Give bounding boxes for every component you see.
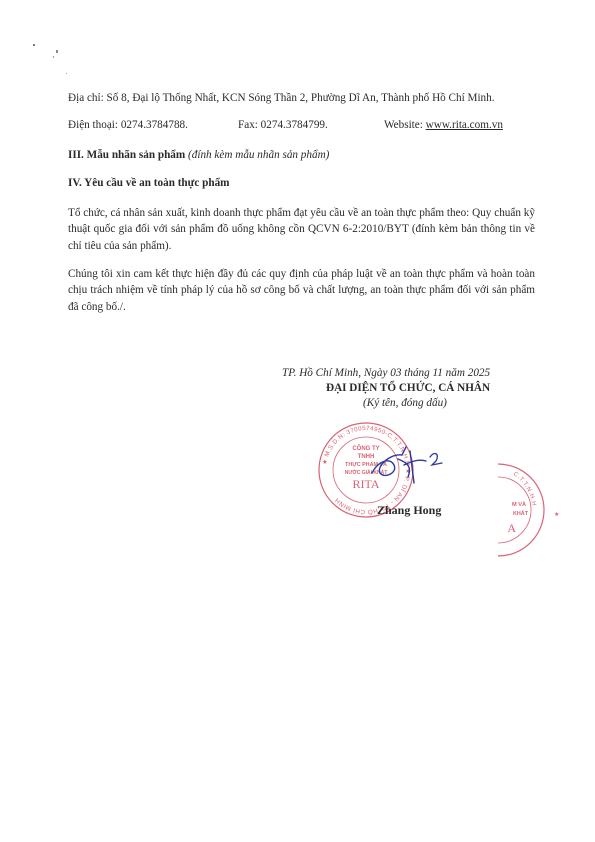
website-line: Website: www.rita.com.vn bbox=[384, 119, 503, 131]
partial-stamp-icon: C.T.T.N.H.H M VÀ KHÁT A ★ bbox=[488, 460, 568, 560]
section-3-note: (đính kèm mẫu nhãn sản phẩm) bbox=[188, 149, 329, 161]
place-date: TP. Hồ Chí Minh, Ngày 03 tháng 11 năm 20… bbox=[282, 367, 490, 379]
section-3-title: III. Mẫu nhãn sản phẩm bbox=[68, 149, 185, 161]
website-label: Website: bbox=[384, 119, 426, 131]
partial-stamp-line-5: A bbox=[507, 521, 516, 535]
sign-note: (Ký tên, đóng dấu) bbox=[363, 397, 447, 409]
commitment-paragraph: Chúng tôi xin cam kết thực hiện đầy đủ c… bbox=[68, 266, 535, 315]
signer-name: Zhang Hong bbox=[377, 503, 441, 518]
representative-title: ĐẠI DIỆN TỔ CHỨC, CÁ NHÂN bbox=[326, 382, 490, 394]
address-line: Địa chỉ: Số 8, Đại lộ Thống Nhất, KCN Só… bbox=[68, 92, 495, 104]
section-4-body: Tổ chức, cá nhân sản xuất, kinh doanh th… bbox=[68, 205, 535, 254]
phone-line: Điện thoại: 0274.3784788. bbox=[68, 119, 188, 131]
website-link[interactable]: www.rita.com.vn bbox=[426, 119, 503, 131]
section-4-title: IV. Yêu cầu về an toàn thực phẩm bbox=[68, 177, 230, 189]
section-3-heading: III. Mẫu nhãn sản phẩm (đính kèm mẫu nhã… bbox=[68, 149, 329, 161]
stamp-star-icon: ★ bbox=[554, 511, 559, 518]
signature-scribble-icon bbox=[368, 443, 458, 493]
partial-stamp-line-4: KHÁT bbox=[513, 510, 529, 517]
fax-line: Fax: 0274.3784799. bbox=[238, 119, 328, 131]
partial-stamp-line-3: M VÀ bbox=[512, 501, 526, 508]
